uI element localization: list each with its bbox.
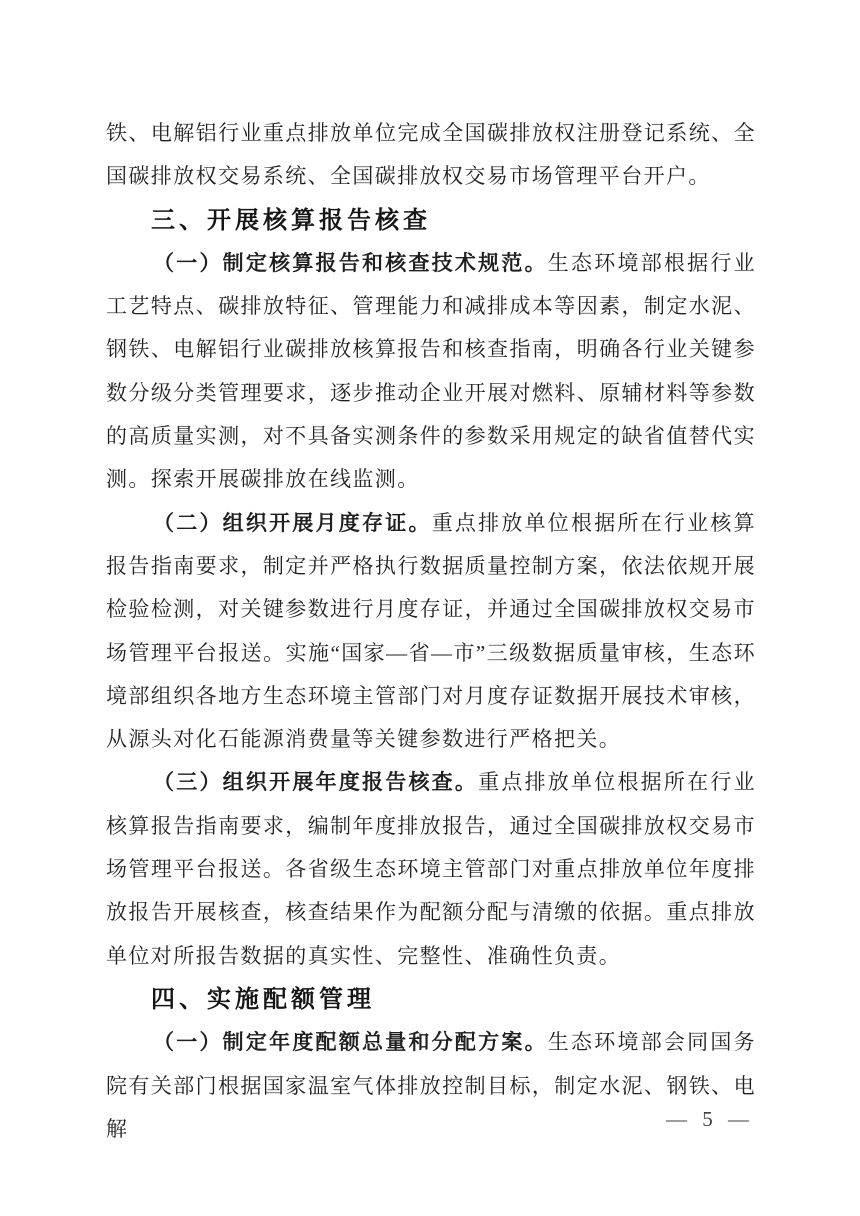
section-heading-4: 四、实施配额管理 — [106, 978, 756, 1021]
paragraph: （一）制定核算报告和核查技术规范。生态环境部根据行业工艺特点、碳排放特征、管理能… — [106, 242, 756, 502]
paragraph: （一）制定年度配额总量和分配方案。生态环境部会同国务院有关部门根据国家温室气体排… — [106, 1021, 756, 1151]
section-heading-3: 三、开展核算报告核查 — [106, 199, 756, 242]
paragraph-text: 生态环境部根据行业工艺特点、碳排放特征、管理能力和减排成本等因素，制定水泥、钢铁… — [106, 251, 756, 491]
paragraph-continuation: 铁、电解铝行业重点排放单位完成全国碳排放权注册登记系统、全国碳排放权交易系统、全… — [106, 112, 756, 199]
paragraph-lead: （一）制定核算报告和核查技术规范。 — [153, 251, 548, 275]
paragraph-lead: （一）制定年度配额总量和分配方案。 — [153, 1030, 548, 1054]
paragraph: （二）组织开展月度存证。重点排放单位根据所在行业核算报告指南要求，制定并严格执行… — [106, 502, 756, 762]
document-body: 铁、电解铝行业重点排放单位完成全国碳排放权注册登记系统、全国碳排放权交易系统、全… — [106, 112, 756, 1151]
paragraph-text: 重点排放单位根据所在行业核算报告指南要求，编制年度排放报告，通过全国碳排放权交易… — [106, 770, 756, 967]
document-page: 铁、电解铝行业重点排放单位完成全国碳排放权注册登记系统、全国碳排放权交易系统、全… — [0, 0, 860, 1216]
paragraph-text: 铁、电解铝行业重点排放单位完成全国碳排放权注册登记系统、全国碳排放权交易系统、全… — [106, 121, 756, 188]
paragraph: （三）组织开展年度报告核查。重点排放单位根据所在行业核算报告指南要求，编制年度排… — [106, 761, 756, 977]
page-number: — 5 — — [666, 1106, 754, 1132]
paragraph-lead: （三）组织开展年度报告核查。 — [153, 770, 478, 794]
paragraph-text: 重点排放单位根据所在行业核算报告指南要求，制定并严格执行数据质量控制方案，依法依… — [106, 511, 756, 751]
paragraph-lead: （二）组织开展月度存证。 — [153, 511, 432, 535]
